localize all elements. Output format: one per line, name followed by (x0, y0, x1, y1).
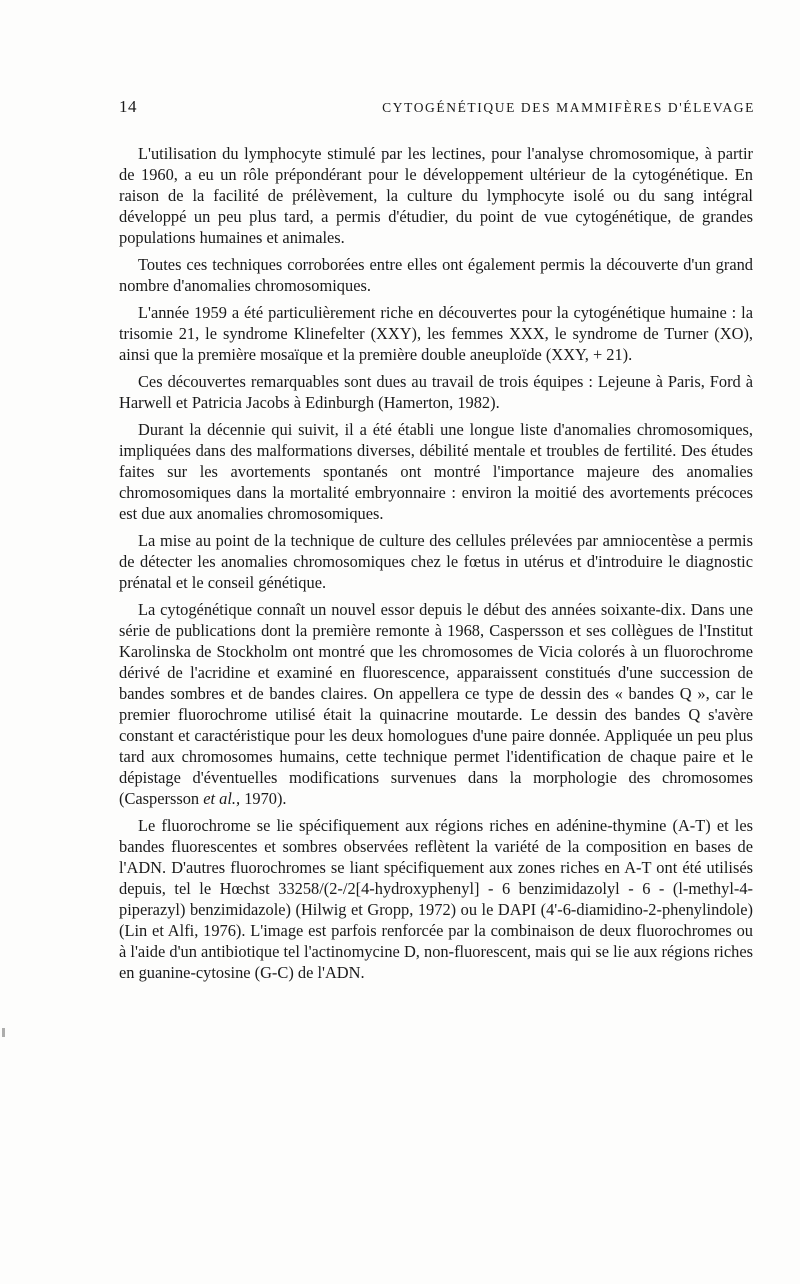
paragraph: Toutes ces techniques corroborées entre … (119, 254, 753, 296)
running-head: CYTOGÉNÉTIQUE DES MAMMIFÈRES D'ÉLEVAGE (382, 100, 755, 116)
text-run: Ces découvertes remarquables sont dues a… (119, 372, 753, 412)
page-number: 14 (119, 97, 137, 117)
scan-artifact (2, 1028, 5, 1037)
book-page: 14 CYTOGÉNÉTIQUE DES MAMMIFÈRES D'ÉLEVAG… (0, 0, 800, 1284)
text-run: 1970). (240, 789, 286, 808)
body-text: L'utilisation du lymphocyte stimulé par … (119, 143, 753, 989)
paragraph: Le fluorochrome se lie spécifiquement au… (119, 815, 753, 983)
text-run: La cytogénétique connaît un nouvel essor… (119, 600, 753, 808)
paragraph: La cytogénétique connaît un nouvel essor… (119, 599, 753, 809)
text-run: Toutes ces techniques corroborées entre … (119, 255, 753, 295)
text-run: La mise au point de la technique de cult… (119, 531, 753, 592)
text-run: L'utilisation du lymphocyte stimulé par … (119, 144, 753, 247)
paragraph: Ces découvertes remarquables sont dues a… (119, 371, 753, 413)
paragraph: L'année 1959 a été particulièrement rich… (119, 302, 753, 365)
text-run: Le fluorochrome se lie spécifiquement au… (119, 816, 753, 982)
paragraph: Durant la décennie qui suivit, il a été … (119, 419, 753, 524)
text-run: Durant la décennie qui suivit, il a été … (119, 420, 753, 523)
paragraph: L'utilisation du lymphocyte stimulé par … (119, 143, 753, 248)
page-header: 14 CYTOGÉNÉTIQUE DES MAMMIFÈRES D'ÉLEVAG… (119, 97, 755, 117)
italic-text-run: et al., (203, 789, 240, 808)
text-run: L'année 1959 a été particulièrement rich… (119, 303, 753, 364)
paragraph: La mise au point de la technique de cult… (119, 530, 753, 593)
